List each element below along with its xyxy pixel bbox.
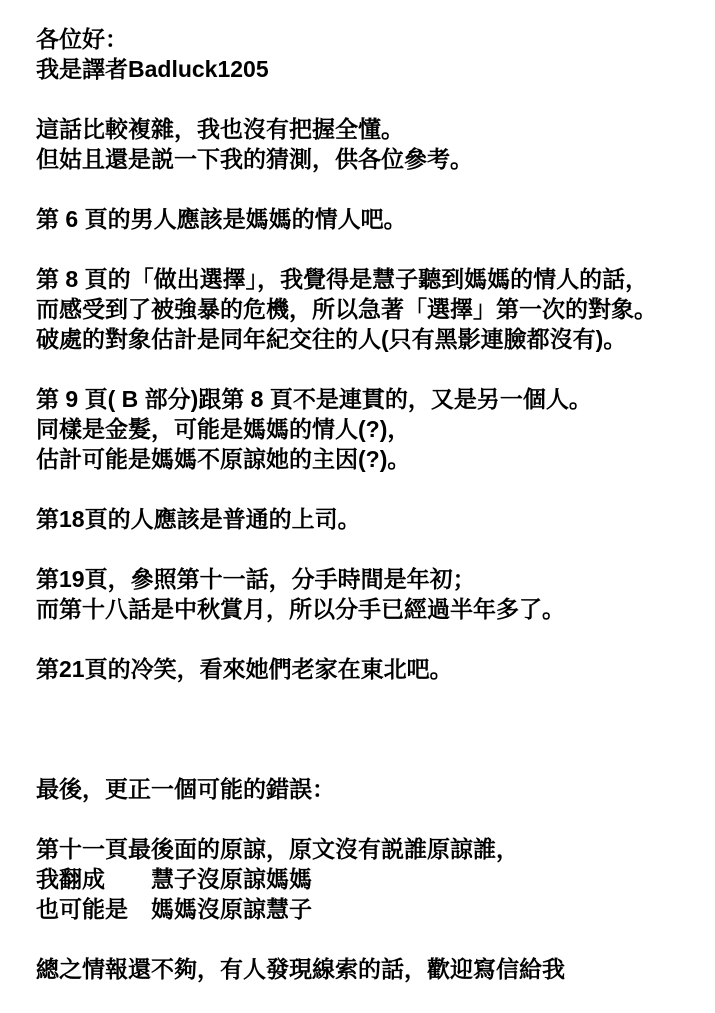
- text-line: 我翻成 慧子沒原諒媽媽: [36, 864, 707, 894]
- text-line: 我是譯者Badluck1205: [36, 54, 707, 84]
- blank-line: [36, 684, 707, 714]
- text-line: 這話比較複雜，我也沒有把握全懂。: [36, 114, 707, 144]
- text-line: 估計可能是媽媽不原諒她的主因(?)。: [36, 444, 707, 474]
- text-line: 破處的對象估計是同年紀交往的人(只有黑影連臉都沒有)。: [36, 324, 707, 354]
- text-line: 總之情報還不夠，有人發現線索的話，歡迎寫信給我: [36, 954, 707, 984]
- text-line: 但姑且還是説一下我的猜測，供各位參考。: [36, 144, 707, 174]
- text-line: 各位好：: [36, 24, 707, 54]
- blank-line: [36, 84, 707, 114]
- translator-note: 各位好：我是譯者Badluck1205這話比較複雜，我也沒有把握全懂。但姑且還是…: [36, 24, 707, 984]
- text-line: 而第十八話是中秋賞月，所以分手已經過半年多了。: [36, 594, 707, 624]
- text-line: 同樣是金髮，可能是媽媽的情人(?)，: [36, 414, 707, 444]
- text-line: 最後，更正一個可能的錯誤：: [36, 774, 707, 804]
- blank-line: [36, 714, 707, 744]
- blank-line: [36, 474, 707, 504]
- text-line: 也可能是 媽媽沒原諒慧子: [36, 894, 707, 924]
- text-line: 而感受到了被強暴的危機，所以急著「選擇」第一次的對象。: [36, 294, 707, 324]
- text-line: 第十一頁最後面的原諒，原文沒有説誰原諒誰，: [36, 834, 707, 864]
- blank-line: [36, 924, 707, 954]
- blank-line: [36, 234, 707, 264]
- blank-line: [36, 174, 707, 204]
- blank-line: [36, 354, 707, 384]
- blank-line: [36, 534, 707, 564]
- blank-line: [36, 804, 707, 834]
- text-line: 第21頁的冷笑，看來她們老家在東北吧。: [36, 654, 707, 684]
- text-line: 第 6 頁的男人應該是媽媽的情人吧。: [36, 204, 707, 234]
- text-line: 第 9 頁( B 部分)跟第 8 頁不是連貫的，又是另一個人。: [36, 384, 707, 414]
- blank-line: [36, 744, 707, 774]
- blank-line: [36, 624, 707, 654]
- text-line: 第19頁，參照第十一話，分手時間是年初；: [36, 564, 707, 594]
- text-line: 第 8 頁的「做出選擇」，我覺得是慧子聽到媽媽的情人的話，: [36, 264, 707, 294]
- text-line: 第18頁的人應該是普通的上司。: [36, 504, 707, 534]
